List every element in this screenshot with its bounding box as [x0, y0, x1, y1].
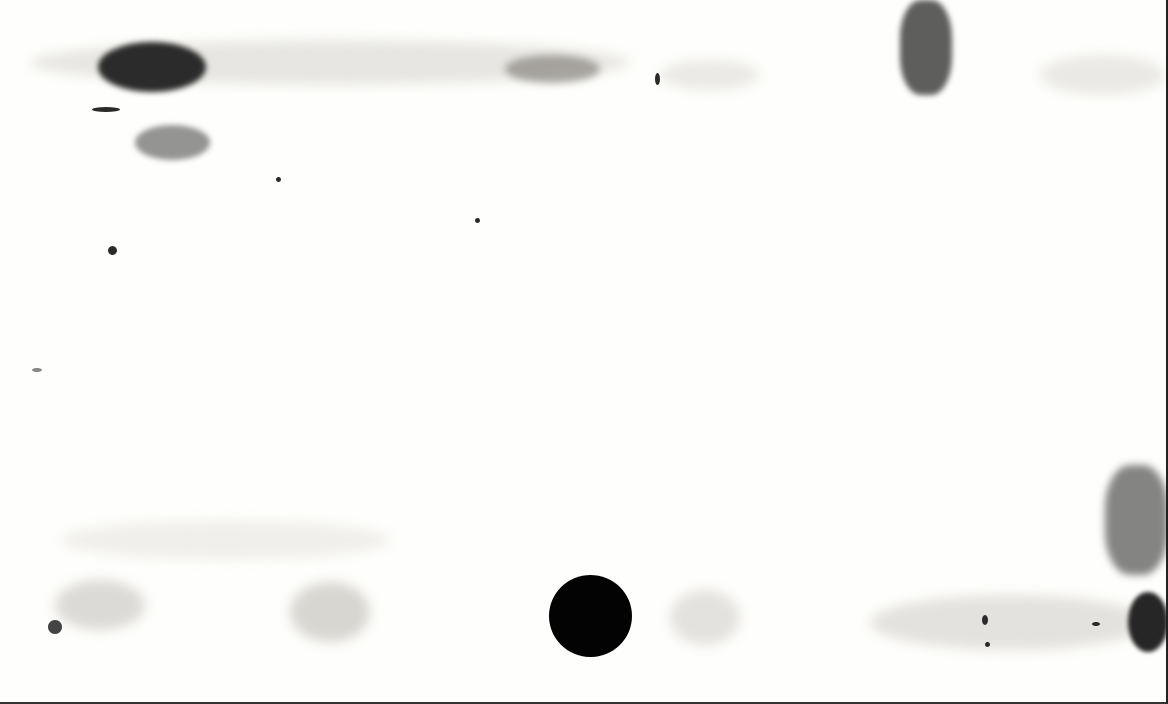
bleed-band-bottom-right	[870, 595, 1150, 650]
speck	[982, 615, 988, 625]
speck	[32, 368, 42, 372]
bleed-band-bottom-center	[670, 590, 740, 645]
ink-blot-top-center	[505, 55, 600, 83]
bleed-band-top-far-right	[1040, 55, 1165, 95]
speck	[92, 107, 120, 112]
speck	[48, 620, 62, 634]
ink-cluster-top	[900, 0, 952, 95]
ink-blot-top-left	[98, 42, 206, 92]
speck	[1092, 622, 1100, 626]
bleed-band-bottom-left	[55, 580, 145, 630]
scanned-card	[0, 0, 1168, 704]
ink-cluster-right	[1105, 465, 1168, 575]
speck	[475, 218, 480, 223]
bleed-band-bottom-mid	[290, 582, 370, 642]
speck	[985, 642, 990, 647]
bleed-band-top-right	[660, 60, 760, 90]
ink-blot-bottom-right	[1128, 592, 1168, 652]
speck	[108, 246, 117, 255]
punched-hole	[549, 575, 632, 657]
bleed-band-middle	[60, 520, 390, 560]
speck	[655, 73, 660, 85]
ink-cluster-top-left	[135, 125, 210, 160]
speck	[276, 177, 281, 182]
